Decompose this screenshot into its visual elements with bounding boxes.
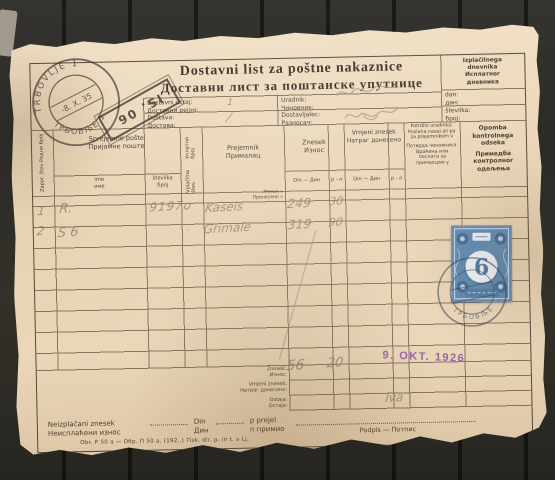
entry-amount-din: 319 bbox=[287, 216, 313, 232]
cancellation-postmark-icon: ТРБОВЉЕ bbox=[426, 246, 518, 338]
column-returned-amount: Vrnjeni znesek Натраг донесено bbox=[344, 128, 404, 144]
journal-box-label: Izplačilnega dnevnika Исплатног дневника bbox=[440, 57, 525, 88]
subcolumn-din-2: Din — Дин bbox=[345, 176, 389, 183]
summary-total-p: 20 bbox=[326, 355, 344, 371]
entry-office: S 6 bbox=[57, 225, 79, 241]
summary-total-din: 56 bbox=[286, 357, 306, 374]
subcolumn-para-2: p - п bbox=[389, 175, 405, 182]
district-value: 1 bbox=[227, 98, 234, 108]
column-amount: Znesek Износ bbox=[284, 138, 344, 156]
fill-line bbox=[216, 423, 244, 425]
printed-form: Dostavni list za poštne nakaznice Достав… bbox=[29, 53, 533, 453]
entry-recipient: Grimale bbox=[203, 220, 252, 237]
field-carrier-label: Dostavljalec: Разносач: bbox=[281, 111, 320, 127]
subcolumn-din-1: Din — Дин bbox=[285, 177, 329, 184]
column-serial-number: Zapor. štev. Редни број bbox=[32, 130, 54, 196]
entry-serial: 2 bbox=[36, 224, 45, 239]
column-office-name: ime име bbox=[54, 176, 145, 191]
document-paper: TRBOVLJE 1 ТРБОВЉЕ 1 -8. X. 35 bbox=[9, 22, 548, 457]
din-label: Din Дин bbox=[194, 417, 209, 435]
column-recipient: Prejemnik Прималац bbox=[202, 143, 284, 161]
column-remark: Opomba kontrolnega odseka Примедба контр… bbox=[461, 124, 526, 173]
summary-amount-label: Znesek: Износ: bbox=[187, 367, 287, 381]
column-office-number: številka број bbox=[145, 175, 181, 189]
entry-recipient: Kaseis bbox=[204, 199, 244, 215]
entry-paynum: · bbox=[185, 226, 190, 237]
pencil-scribble: Iva bbox=[384, 390, 404, 405]
entry-paynum: 9197o bbox=[148, 198, 193, 215]
fill-line bbox=[150, 424, 188, 426]
entry-office: R. bbox=[58, 201, 73, 217]
received-label: p prejel п примио bbox=[250, 416, 285, 434]
signature-label: Podpis — Потпис bbox=[328, 424, 448, 435]
journal-day-label: dan: дан: bbox=[445, 91, 459, 106]
date-stamp: 9. OKT. 1926 bbox=[382, 349, 465, 364]
entry-amount-p: 90 bbox=[328, 215, 344, 229]
subcolumn-para-1: p - п bbox=[329, 177, 345, 184]
column-payment-number: Vplačilna štev. Уплатни број bbox=[180, 127, 203, 193]
entry-serial: 1 bbox=[37, 204, 46, 219]
journal-number-label: številka: број: bbox=[445, 107, 470, 123]
form-imprint: Obr. P 50 a — Обр. П 50 а. (192..) Tisk.… bbox=[80, 437, 249, 447]
field-clerk-label: Uradnik: Чиновник: bbox=[281, 96, 314, 112]
summary-remains-label: Ostaja: Остаје: bbox=[187, 398, 287, 412]
unpaid-amount-label: Neizplačani znesek Неисплаћени износ bbox=[48, 419, 121, 438]
summary-returned-label: Vrnjeni znesek: Натраг донесено: bbox=[187, 382, 287, 396]
column-confirmation: Potrdilo uradnika. Poslana nazaj ali pa … bbox=[405, 123, 460, 167]
entry-amount-din: 249 bbox=[286, 195, 312, 211]
entry-amount-p: 30 bbox=[328, 194, 344, 208]
photo-background: TRBOVLJE 1 ТРБОВЉЕ 1 -8. X. 35 bbox=[0, 0, 555, 480]
